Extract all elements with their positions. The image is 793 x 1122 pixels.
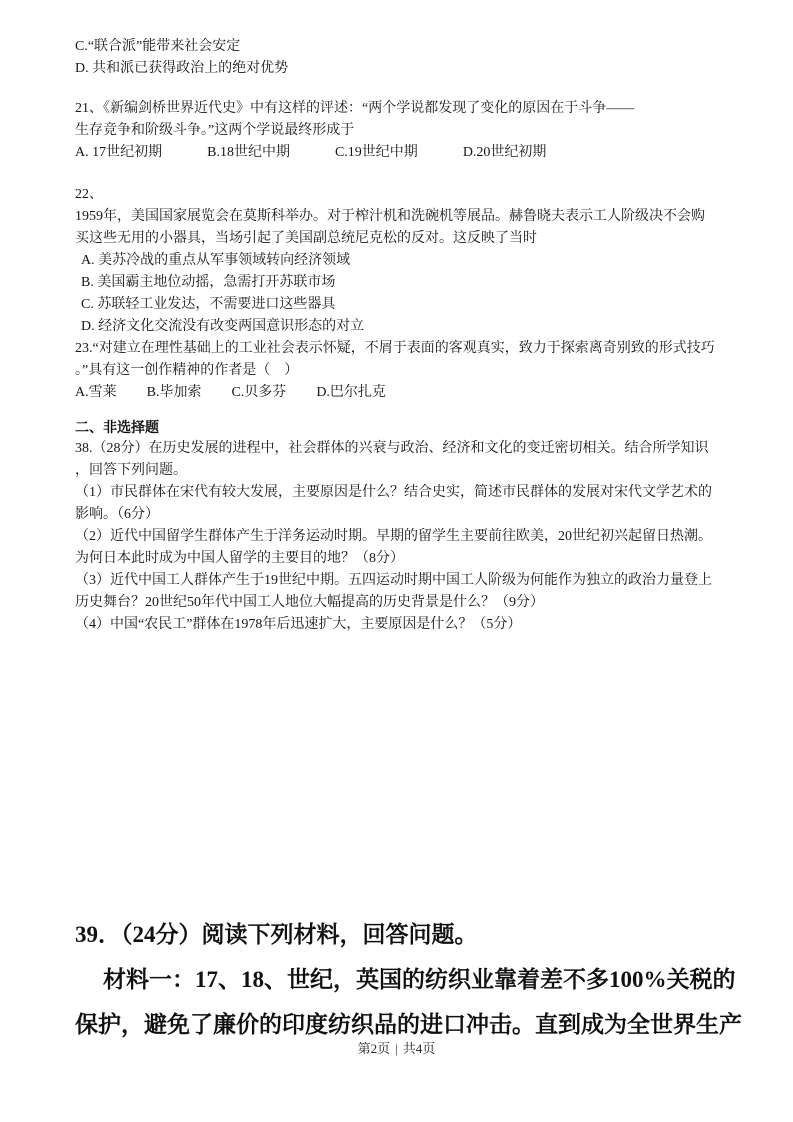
- q38-sub2-line-1: （2）近代中国留学生群体产生于洋务运动时期。早期的留学生主要前往欧美，20世纪初…: [75, 526, 725, 548]
- page-footer: 第2页|共4页: [0, 1038, 793, 1057]
- section-2-title: 二、非选择题: [75, 416, 725, 438]
- q39-heading: 39．（24分）阅读下列材料，回答问题。: [75, 912, 725, 957]
- q21-stem-line-1: 21、《新编剑桥世界近代史》中有这样的评述：“两个学说都发现了变化的原因在于斗争…: [75, 98, 725, 120]
- question-22: 22、 1959年，美国国家展览会在莫斯科举办。对于榨汁机和洗碗机等展品。赫鲁晓…: [75, 184, 725, 338]
- question-39: 39．（24分）阅读下列材料，回答问题。 材料一：17、18、世纪，英国的纺织业…: [75, 912, 725, 1047]
- q23-options-row: A.雪莱 B.毕加索 C.贝多芬 D.巴尔扎克: [75, 382, 725, 404]
- q23-option-d: D.巴尔扎克: [316, 382, 386, 404]
- q20-option-c: C.“联合派”能带来社会安定: [75, 36, 725, 58]
- q20-option-d: D. 共和派已获得政治上的绝对优势: [75, 58, 725, 80]
- q38-sub3-line-2: 历史舞台？20世纪50年代中国工人地位大幅提高的历史背景是什么？（9分）: [75, 592, 725, 614]
- q38-sub2-line-2: 为何日本此时成为中国人留学的主要目的地？（8分）: [75, 548, 725, 570]
- exam-page: C.“联合派”能带来社会安定 D. 共和派已获得政治上的绝对优势 21、《新编剑…: [0, 0, 793, 1122]
- question-23: 23.“对建立在理性基础上的工业社会表示怀疑，不屑于表面的客观真实，致力于探索离…: [75, 338, 725, 404]
- q22-option-d: D. 经济文化交流没有改变两国意识形态的对立: [75, 316, 725, 338]
- q22-number: 22、: [75, 184, 725, 206]
- q23-option-c: C.贝多芬: [231, 382, 286, 404]
- q38-sub3-line-1: （3）近代中国工人群体产生于19世纪中期。五四运动时期中国工人阶级为何能作为独立…: [75, 570, 725, 592]
- question-38: 38.（28分）在历史发展的进程中，社会群体的兴衰与政治、经济和文化的变迁密切相…: [75, 438, 725, 636]
- question-21: 21、《新编剑桥世界近代史》中有这样的评述：“两个学说都发现了变化的原因在于斗争…: [75, 98, 725, 164]
- page-content: C.“联合派”能带来社会安定 D. 共和派已获得政治上的绝对优势 21、《新编剑…: [75, 36, 725, 1047]
- q21-options-row: A. 17世纪初期 B.18世纪中期 C.19世纪中期 D.20世纪初期: [75, 142, 725, 164]
- q22-option-b: B. 美国霸主地位动摇，急需打开苏联市场: [75, 272, 725, 294]
- q38-sub1-line-2: 影响。（6分）: [75, 504, 725, 526]
- q21-option-b: B.18世纪中期: [207, 142, 290, 164]
- footer-total-pages: 共4页: [403, 1041, 436, 1056]
- q23-stem-line-2: 。”具有这一创作精神的作者是（ ）: [75, 360, 725, 382]
- q39-material-line-1: 材料一：17、18、世纪，英国的纺织业靠着差不多100%关税的: [75, 957, 725, 1002]
- q21-option-d: D.20世纪初期: [463, 142, 547, 164]
- q38-line-2: ，回答下列问题。: [75, 460, 725, 482]
- q22-stem-line-1: 1959年，美国国家展览会在莫斯科举办。对于榨汁机和洗碗机等展品。赫鲁晓夫表示工…: [75, 206, 725, 228]
- q21-option-c: C.19世纪中期: [335, 142, 418, 164]
- q22-option-a: A. 美苏冷战的重点从军事领域转向经济领域: [75, 250, 725, 272]
- q21-stem-line-2: 生存竞争和阶级斗争。”这两个学说最终形成于: [75, 120, 725, 142]
- q21-option-a: A. 17世纪初期: [75, 142, 162, 164]
- footer-separator: |: [395, 1041, 398, 1056]
- q23-option-b: B.毕加索: [147, 382, 202, 404]
- footer-current-page: 第2页: [358, 1041, 391, 1056]
- q38-line-1: 38.（28分）在历史发展的进程中，社会群体的兴衰与政治、经济和文化的变迁密切相…: [75, 438, 725, 460]
- q23-stem-line-1: 23.“对建立在理性基础上的工业社会表示怀疑，不屑于表面的客观真实，致力于探索离…: [75, 338, 725, 360]
- q22-option-c: C. 苏联轻工业发达，不需要进口这些器具: [75, 294, 725, 316]
- q22-stem-line-2: 买这些无用的小器具，当场引起了美国副总统尼克松的反对。这反映了当时: [75, 228, 725, 250]
- q23-option-a: A.雪莱: [75, 382, 117, 404]
- q38-sub4-line: （4）中国“农民工”群体在1978年后迅速扩大，主要原因是什么？（5分）: [75, 614, 725, 636]
- q38-sub1-line-1: （1）市民群体在宋代有较大发展，主要原因是什么？结合史实，简述市民群体的发展对宋…: [75, 482, 725, 504]
